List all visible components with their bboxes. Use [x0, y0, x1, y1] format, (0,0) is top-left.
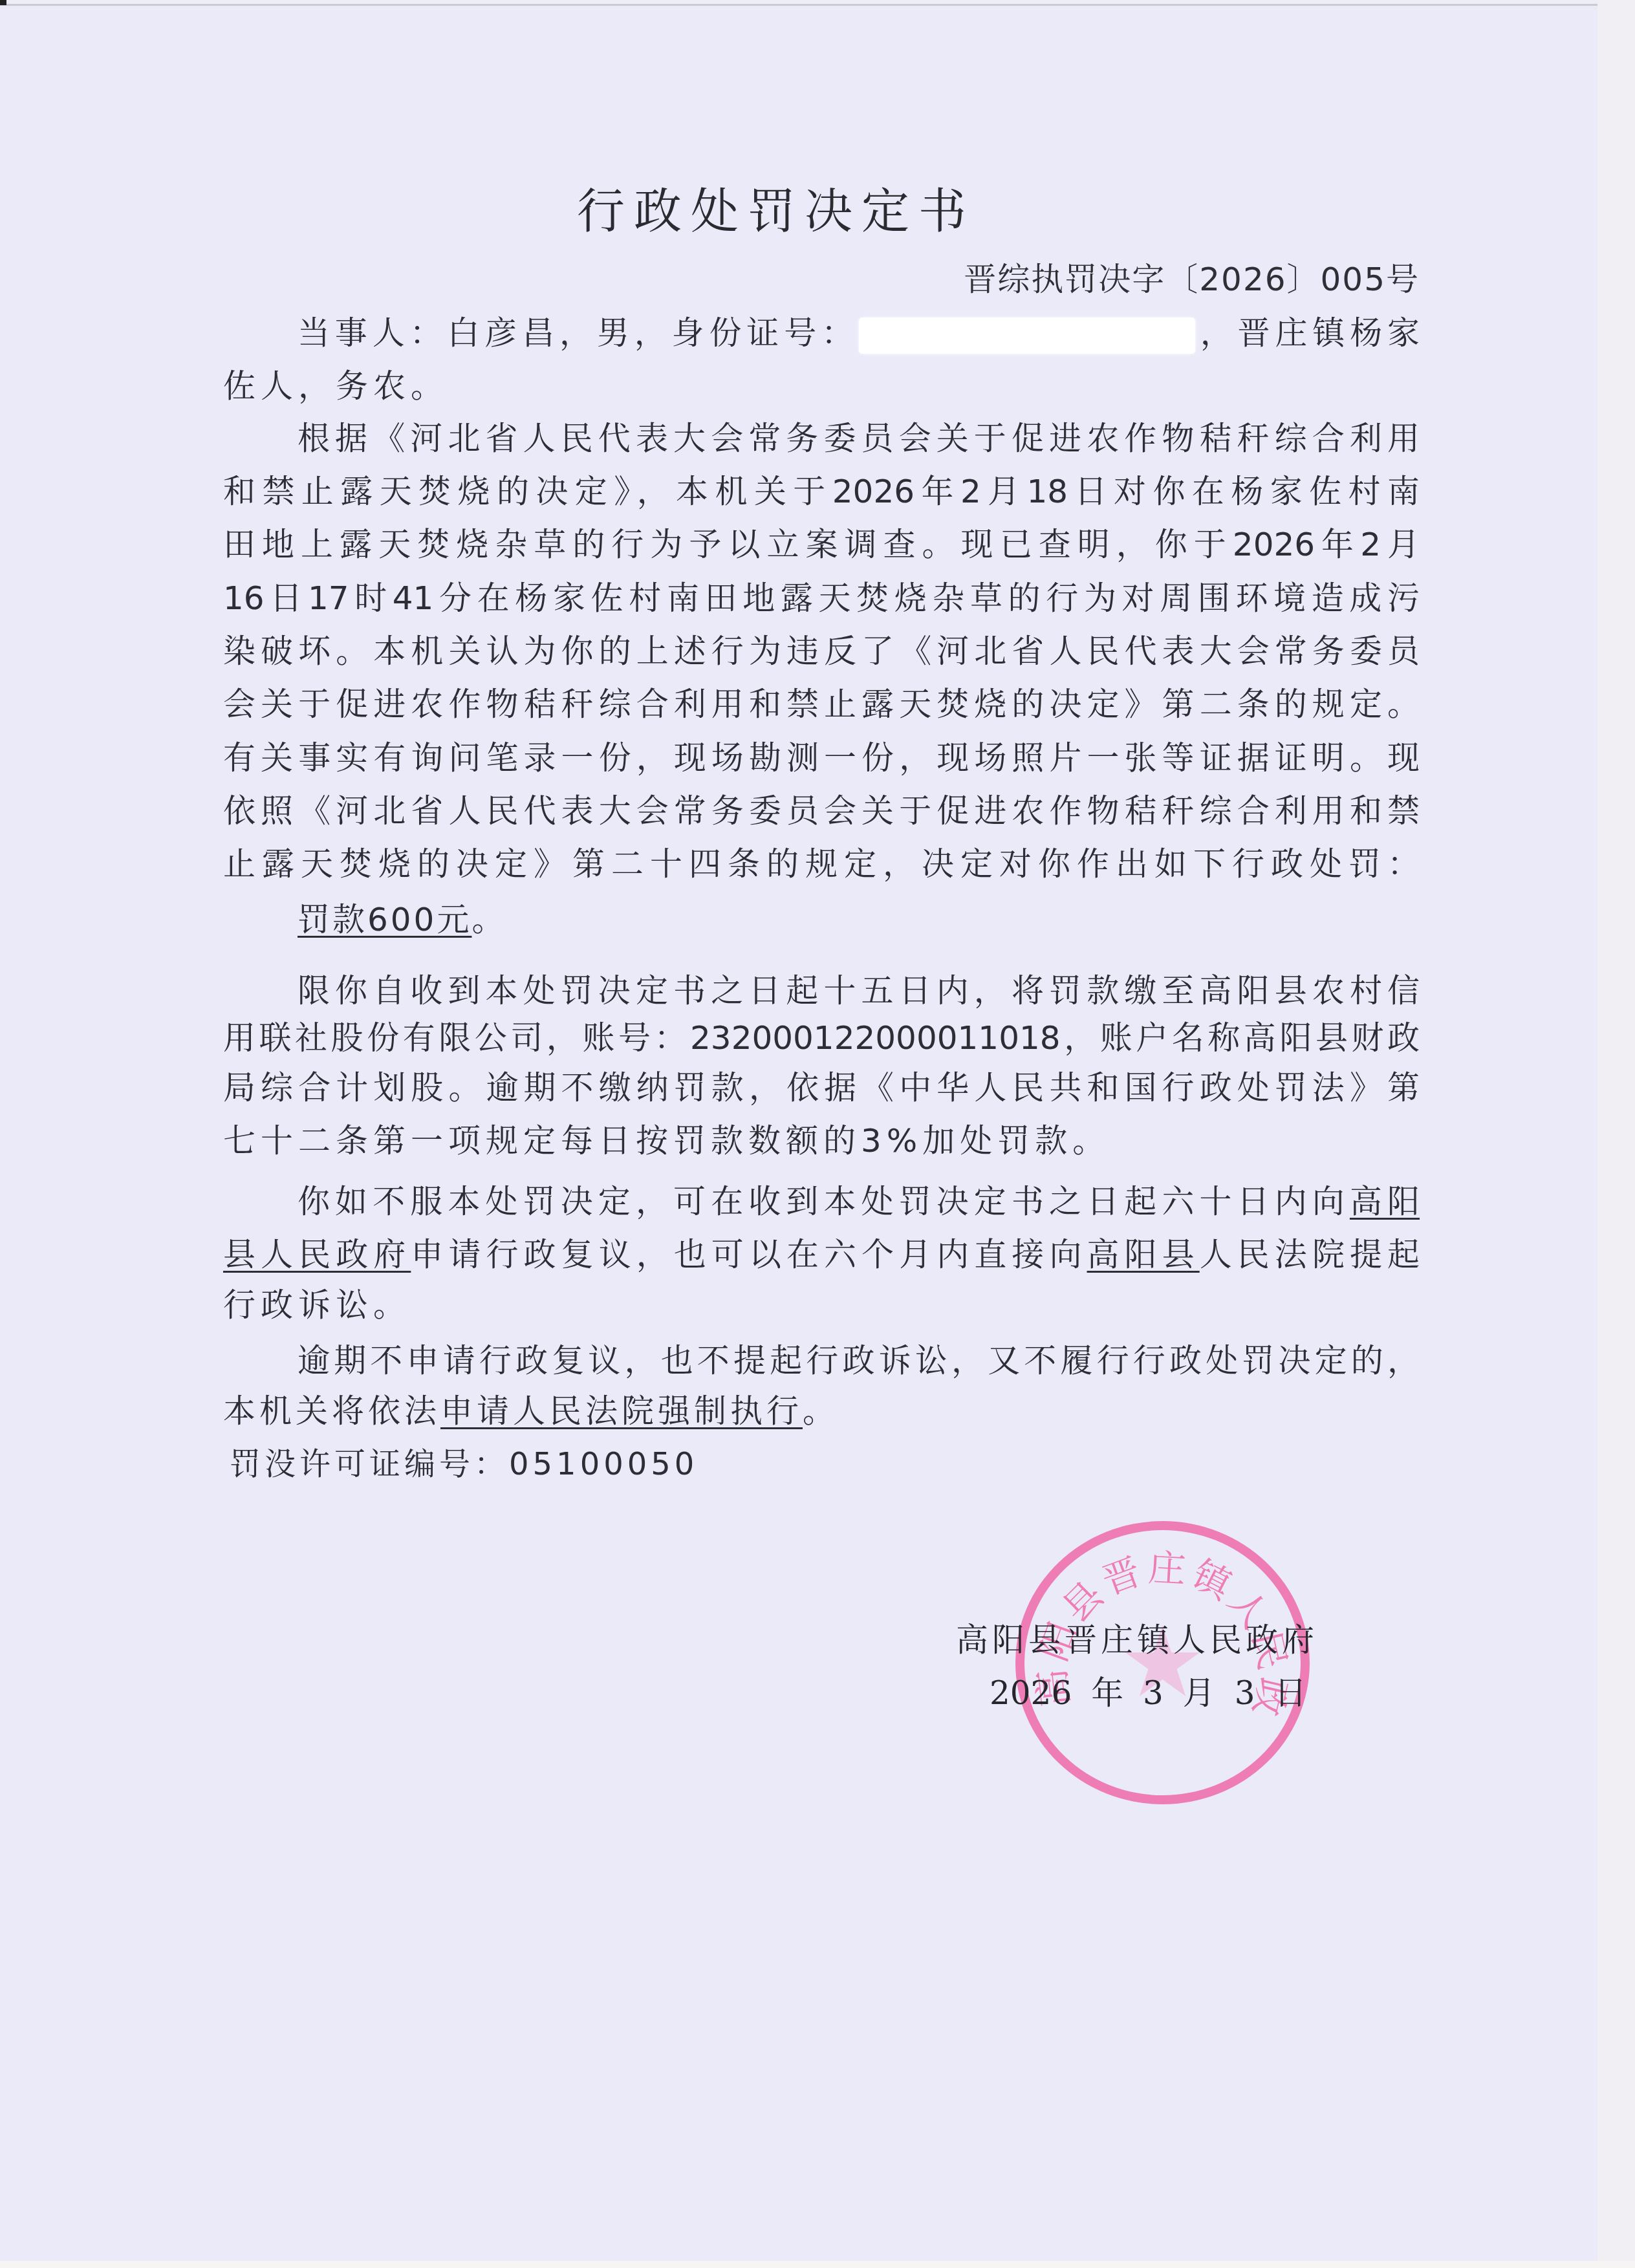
- facts-line: 染破坏。本机关认为你的上述行为违反了《河北省人民代表大会常务委员: [223, 631, 1420, 672]
- payment-line: 七十二条第一项规定每日按罚款数额的3%加处罚款。: [223, 1120, 1420, 1161]
- party-gender: 男: [597, 314, 634, 352]
- facts-line: 会关于促进农作物秸秆综合利用和禁止露天焚烧的决定》第二条的规定。: [223, 684, 1420, 725]
- facts-line: 依照《河北省人民代表大会常务委员会关于促进农作物秸秆综合利用和禁: [223, 790, 1420, 832]
- payment-line: 用联社股份有限公司，账号：232000122000011018，账户名称高阳县财…: [223, 1017, 1420, 1059]
- party-line-2: 佐人，务农。: [223, 365, 1420, 407]
- party-line-1: 当事人：白彦昌，男，身份证号：，晋庄镇杨家: [298, 312, 1420, 354]
- payment-line: 局综合计划股。逾期不缴纳罚款，依据《中华人民共和国行政处罚法》第: [223, 1067, 1420, 1108]
- enforcement-line-2: 本机关将依法申请人民法院强制执行。: [223, 1390, 1420, 1432]
- facts-line: 有关事实有询问笔录一份，现场勘测一份，现场照片一张等证据证明。现: [223, 737, 1420, 779]
- id-label: 身份证号：: [672, 314, 859, 352]
- appeal-line-1: 你如不服本处罚决定，可在收到本处罚决定书之日起六十日内向高阳: [298, 1181, 1420, 1222]
- permit-value: 05100050: [509, 1446, 698, 1482]
- permit-number: 罚没许可证编号：05100050: [230, 1443, 698, 1485]
- facts-line: 田地上露天焚烧杂草的行为予以立案调查。现已查明，你于2026年2月: [223, 524, 1420, 565]
- permit-label: 罚没许可证编号：: [230, 1446, 509, 1482]
- facts-line: 16日17时41分在杨家佐村南田地露天焚烧杂草的行为对周围环境造成污: [223, 578, 1420, 619]
- enforcement-text: 本机关将依法: [223, 1392, 440, 1430]
- party-address: 晋庄镇杨家: [1238, 314, 1420, 352]
- appeal-text: 你如不服本处罚决定，可在收到本处罚决定书之日起六十日内向: [298, 1183, 1350, 1220]
- appeal-authority-underlined: 县人民政府: [223, 1236, 411, 1273]
- party-label: 当事人：: [298, 314, 447, 352]
- enforcement-underlined: 申请人民法院强制执行: [440, 1392, 803, 1430]
- scan-bottom-edge: [0, 2261, 1635, 2268]
- appeal-text: 人民法院提起: [1200, 1236, 1420, 1273]
- issuing-authority: 高阳县晋庄镇人民政府: [956, 1614, 1318, 1661]
- payment-line: 限你自收到本处罚决定书之日起十五日内，将罚款缴至高阳县农村信: [298, 970, 1420, 1011]
- enforcement-suffix: 。: [803, 1392, 839, 1430]
- scan-corner-mark: [0, 0, 6, 5]
- issue-date: 2026 年 3 月 3 日: [990, 1667, 1306, 1714]
- appeal-line-2: 县人民政府申请行政复议，也可以在六个月内直接向高阳县人民法院提起: [223, 1234, 1420, 1275]
- party-name: 白彦昌: [447, 314, 559, 352]
- penalty-suffix: 。: [471, 901, 506, 938]
- appeal-court-underlined: 高阳县: [1087, 1236, 1200, 1273]
- facts-line: 根据《河北省人民代表大会常务委员会关于促进农作物秸秆综合利用: [298, 418, 1420, 459]
- appeal-text: 申请行政复议，也可以在六个月内直接向: [411, 1236, 1087, 1273]
- document-title: 行政处罚决定书: [517, 173, 1035, 242]
- facts-line: 止露天焚烧的决定》第二十四条的规定，决定对你作出如下行政处罚：: [223, 843, 1420, 885]
- penalty-amount: 罚款600元: [298, 901, 471, 938]
- facts-line: 和禁止露天焚烧的决定》，本机关于2026年2月18日对你在杨家佐村南: [223, 471, 1420, 512]
- official-seal: 高阳县晋庄镇人民政府 ★: [1015, 1521, 1310, 1804]
- appeal-authority-underlined: 高阳: [1350, 1183, 1420, 1220]
- id-number-redacted: [859, 318, 1195, 354]
- enforcement-line-1: 逾期不申请行政复议，也不提起行政诉讼，又不履行行政处罚决定的，: [298, 1340, 1420, 1381]
- appeal-line-3: 行政诉讼。: [223, 1284, 1420, 1326]
- scan-edge: [1597, 0, 1635, 2268]
- penalty-line: 罚款600元。: [298, 899, 1420, 940]
- document-number: 晋综执罚决字〔2026〕005号: [964, 254, 1420, 300]
